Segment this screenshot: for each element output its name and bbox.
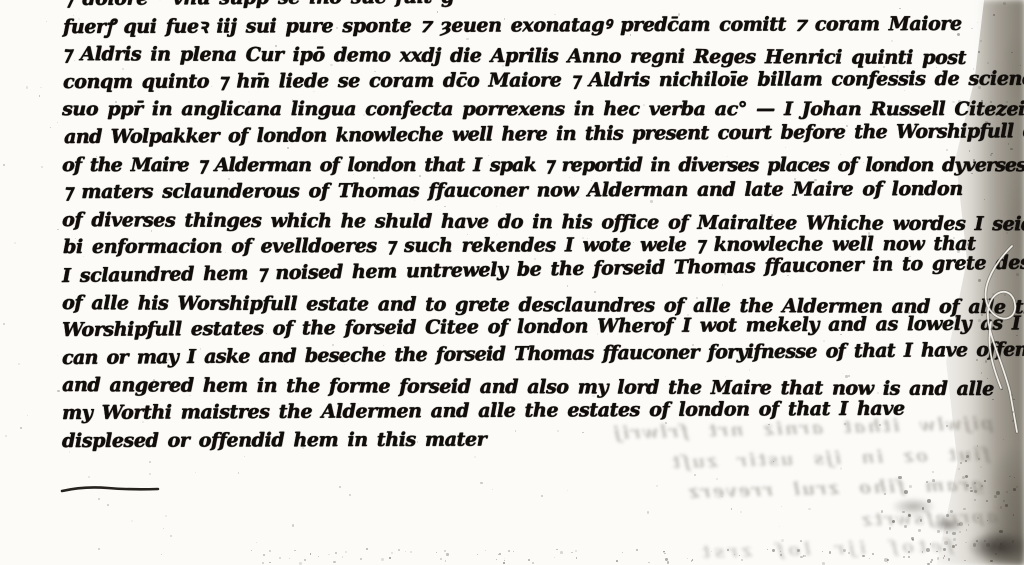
noise-speck [166,359,168,361]
noise-speck [335,552,337,554]
noise-speck [310,553,311,554]
noise-speck [692,559,693,560]
noise-speck [937,557,939,559]
noise-speck [349,25,351,27]
manuscript-line: and Wolpakker of london knowleche well h… [64,118,994,151]
noise-speck [794,178,796,180]
noise-speck [256,542,257,543]
noise-speck [772,549,774,551]
noise-speck [985,360,988,363]
noise-speck [955,544,957,546]
noise-speck [932,471,935,474]
noise-speck [840,334,841,335]
noise-speck [170,535,171,536]
noise-speck [960,462,962,464]
noise-speck [389,557,390,558]
noise-speck [872,222,873,223]
noise-speck [780,554,782,556]
noise-speck [930,561,932,563]
manuscript-line: my Worthi maistres the Aldermen and alle… [62,395,992,427]
noise-speck [700,73,701,74]
noise-speck [1016,335,1017,336]
noise-speck [513,551,514,552]
noise-speck [57,229,58,230]
noise-speck [336,27,338,29]
noise-speck [636,549,638,551]
noise-speck [57,355,58,356]
noise-speck [14,242,16,244]
noise-speck [200,348,201,349]
noise-speck [591,180,592,181]
noise-speck [887,559,889,561]
noise-speck [582,237,584,239]
noise-speck [467,234,468,235]
noise-speck [996,491,1000,495]
noise-speck [122,68,124,70]
noise-speck [399,78,400,79]
noise-speck [971,137,973,139]
noise-speck [417,441,418,442]
noise-speck [933,220,934,221]
noise-speck [943,557,945,559]
noise-speck [978,279,980,281]
noise-speck [556,549,557,550]
noise-speck [294,550,296,552]
manuscript-scan-page: { "page": { "kind": "medieval manuscript… [0,0,1024,565]
noise-speck [1011,394,1013,396]
noise-speck [990,154,992,156]
noise-speck [944,541,948,545]
noise-speck [993,14,995,16]
noise-speck [289,558,291,560]
noise-speck [781,506,782,507]
noise-speck [153,379,155,381]
noise-speck [902,511,904,513]
noise-speck [908,312,910,314]
noise-speck [575,550,577,552]
noise-speck [991,153,992,154]
noise-speck [952,545,954,547]
noise-speck [973,543,976,546]
noise-speck [398,549,400,551]
noise-speck [955,316,957,318]
noise-speck [1001,389,1002,390]
noise-speck [696,297,698,299]
noise-speck [275,45,277,47]
noise-speck [419,175,421,177]
noise-speck [571,552,573,554]
noise-speck [952,101,954,103]
noise-speck [963,508,965,510]
noise-speck [318,556,319,557]
noise-speck [302,447,304,449]
noise-speck [499,553,501,555]
noise-speck [40,87,42,89]
noise-speck [503,562,504,563]
noise-speck [987,378,988,379]
noise-speck [248,101,250,103]
noise-speck [480,482,482,484]
noise-speck [716,478,718,480]
noise-speck [957,250,959,252]
noise-speck [883,66,885,68]
noise-speck [845,375,847,377]
noise-speck [345,551,347,553]
noise-speck [957,33,960,36]
noise-speck [328,554,329,555]
noise-speck [622,552,623,553]
noise-speck [3,164,5,166]
noise-speck [381,558,384,561]
noise-speck [692,344,694,346]
noise-speck [1012,420,1014,422]
noise-speck [279,557,281,559]
noise-speck [330,64,332,66]
noise-speck [678,13,680,15]
noise-speck [342,556,343,557]
noise-speck [974,482,976,484]
noise-speck [587,238,588,239]
noise-speck [868,232,870,234]
noise-speck [966,455,969,458]
manuscript-text-block: ⁊ dolore · vnū supp se inō sue fuit g° f… [62,0,992,455]
noise-speck [534,258,536,260]
noise-speck [263,554,265,556]
noise-speck [958,100,961,103]
noise-speck [163,528,164,529]
noise-speck [46,21,47,22]
noise-speck [332,344,334,346]
noise-speck [149,473,151,475]
noise-speck [647,511,649,513]
noise-speck [957,523,959,525]
noise-speck [946,425,948,427]
noise-speck [541,495,543,497]
noise-speck [740,511,742,513]
noise-speck [897,70,899,72]
noise-speck [664,553,666,555]
noise-speck [161,554,162,555]
noise-speck [953,538,956,541]
noise-speck [822,562,825,565]
noise-speck [731,508,733,510]
noise-speck [985,121,988,124]
noise-speck [643,104,645,106]
noise-speck [57,390,59,392]
noise-speck [973,68,975,70]
noise-speck [373,177,375,179]
noise-speck [504,560,505,561]
noise-speck [674,242,676,244]
noise-speck [965,475,968,478]
noise-speck [768,386,770,388]
noise-speck [470,56,472,58]
pen-dash-mark [62,487,158,491]
noise-speck [966,484,969,487]
noise-speck [946,514,949,517]
noise-speck [741,559,743,561]
noise-speck [142,421,144,423]
noise-speck [1006,232,1008,234]
noise-speck [440,558,442,560]
noise-speck [1003,2,1006,5]
noise-speck [808,508,810,510]
noise-speck [936,551,938,553]
noise-speck [341,353,343,355]
noise-speck [965,460,967,462]
noise-speck [977,445,978,446]
noise-speck [663,551,665,553]
noise-speck [597,333,598,334]
noise-speck [969,150,970,151]
noise-speck [974,499,976,501]
noise-speck [446,553,448,555]
noise-speck [1012,540,1014,542]
noise-speck [391,552,393,554]
noise-speck [1017,324,1018,325]
noise-speck [26,86,28,88]
noise-speck [3,323,5,325]
noise-speck [882,353,884,355]
noise-speck [165,515,167,517]
noise-speck [444,550,446,552]
manuscript-line: fuerꝭ qui fueꝛ iij sui pure sponte ⁊ ȝeu… [63,10,993,41]
noise-speck [912,539,914,541]
noise-speck [405,388,407,390]
noise-speck [436,552,437,553]
noise-speck [978,86,981,89]
noise-speck [937,530,940,533]
noise-speck [592,395,594,397]
noise-speck [554,557,556,559]
noise-speck [1006,491,1008,493]
noise-speck [211,86,212,87]
noise-speck [773,461,774,462]
noise-speck [650,200,652,202]
noise-speck [269,562,271,564]
noise-speck [98,498,100,500]
noise-speck [952,532,955,535]
noise-speck [844,423,846,425]
noise-speck [554,14,556,16]
noise-speck [149,461,151,463]
noise-speck [182,418,184,420]
noise-speck [477,554,478,555]
noise-speck [694,474,696,476]
noise-speck [195,472,196,473]
noise-speck [445,560,446,561]
noise-speck [41,166,42,167]
noise-speck [687,314,688,315]
noise-speck [908,551,910,553]
noise-speck [225,252,226,253]
noise-speck [828,162,829,163]
noise-speck [131,520,133,522]
noise-speck [466,38,468,40]
noise-speck [339,486,341,488]
noise-speck [994,495,997,498]
noise-speck [1005,504,1008,507]
noise-speck [1016,486,1018,488]
noise-speck [189,395,190,396]
noise-speck [721,496,722,497]
noise-speck [909,485,912,488]
noise-speck [999,530,1002,533]
noise-speck [771,214,773,216]
noise-speck [930,543,931,544]
noise-speck [549,251,551,253]
noise-speck [785,147,786,148]
noise-speck [889,527,891,529]
noise-speck [27,415,28,416]
noise-speck [901,301,903,303]
noise-speck [966,529,967,530]
noise-speck [57,122,58,123]
noise-speck [984,480,986,482]
noise-speck [986,500,988,502]
noise-speck [985,103,987,105]
noise-speck [986,543,990,547]
noise-speck [434,132,435,133]
noise-speck [528,559,530,561]
noise-speck [926,548,930,552]
noise-speck [362,353,364,355]
noise-speck [1006,101,1008,103]
noise-speck [349,494,351,496]
noise-speck [1012,411,1014,413]
noise-speck [405,551,406,552]
noise-speck [286,140,288,142]
manuscript-line: of the Maire ⁊ Alderman of london that I… [62,152,992,180]
noise-speck [1004,294,1005,295]
noise-speck [5,435,7,437]
noise-speck [107,504,109,506]
noise-speck [39,95,40,96]
noise-speck [1004,261,1006,263]
noise-speck [50,127,51,128]
noise-speck [151,230,152,231]
noise-speck [269,550,271,552]
noise-speck [840,467,842,469]
noise-speck [779,526,780,527]
noise-speck [20,427,22,429]
noise-speck [410,551,412,553]
noise-speck [18,363,20,365]
noise-speck [262,562,264,564]
noise-speck [904,90,905,91]
manuscript-line: ⁊ maters sclaunderous of Thomas ffaucone… [63,176,993,207]
noise-speck [492,489,493,490]
manuscript-line: displesed or offendid hem in this mater [62,424,992,455]
noise-speck [648,562,649,563]
noise-speck [848,375,850,377]
noise-speck [299,562,301,564]
noise-speck [532,562,534,564]
noise-speck [781,539,783,541]
noise-speck [978,319,981,322]
noise-speck [360,558,362,560]
noise-speck [981,314,983,316]
noise-speck [980,40,982,42]
noise-speck [557,430,559,432]
noise-speck [304,559,306,561]
noise-speck [613,191,615,193]
noise-speck [804,555,806,557]
noise-speck [576,557,577,558]
noise-speck [292,524,294,526]
noise-speck [843,549,845,551]
noise-speck [981,100,982,101]
noise-speck [1016,273,1019,276]
noise-speck [437,11,439,13]
noise-speck [616,560,618,562]
noise-speck [329,217,330,218]
noise-speck [88,476,90,478]
noise-speck [665,558,667,560]
noise-speck [567,490,568,491]
noise-speck [496,559,497,560]
noise-speck [656,485,657,486]
noise-speck [800,556,802,558]
noise-speck [1013,488,1016,491]
noise-speck [474,456,476,458]
noise-speck [797,549,800,552]
manuscript-line: conqm quinto ⁊ hm̄ liede se coram dc̄o M… [63,66,993,97]
noise-speck [560,551,563,554]
noise-speck [767,549,768,550]
noise-speck [853,240,855,242]
noise-speck [98,548,99,549]
noise-speck [465,60,467,62]
noise-speck [667,561,670,564]
noise-speck [932,479,935,482]
noise-speck [687,558,688,559]
noise-speck [344,364,345,365]
noise-speck [485,550,486,551]
noise-speck [333,561,336,564]
noise-speck [238,472,239,473]
noise-speck [244,456,245,457]
noise-speck [948,558,951,561]
noise-speck [922,551,923,552]
noise-speck [366,548,368,550]
noise-speck [508,550,510,552]
noise-speck [251,550,252,551]
noise-speck [1013,514,1015,516]
noise-speck [444,206,445,207]
noise-speck [504,558,505,559]
noise-speck [577,196,579,198]
noise-speck [967,243,970,246]
noise-speck [569,177,570,178]
noise-speck [970,490,973,493]
